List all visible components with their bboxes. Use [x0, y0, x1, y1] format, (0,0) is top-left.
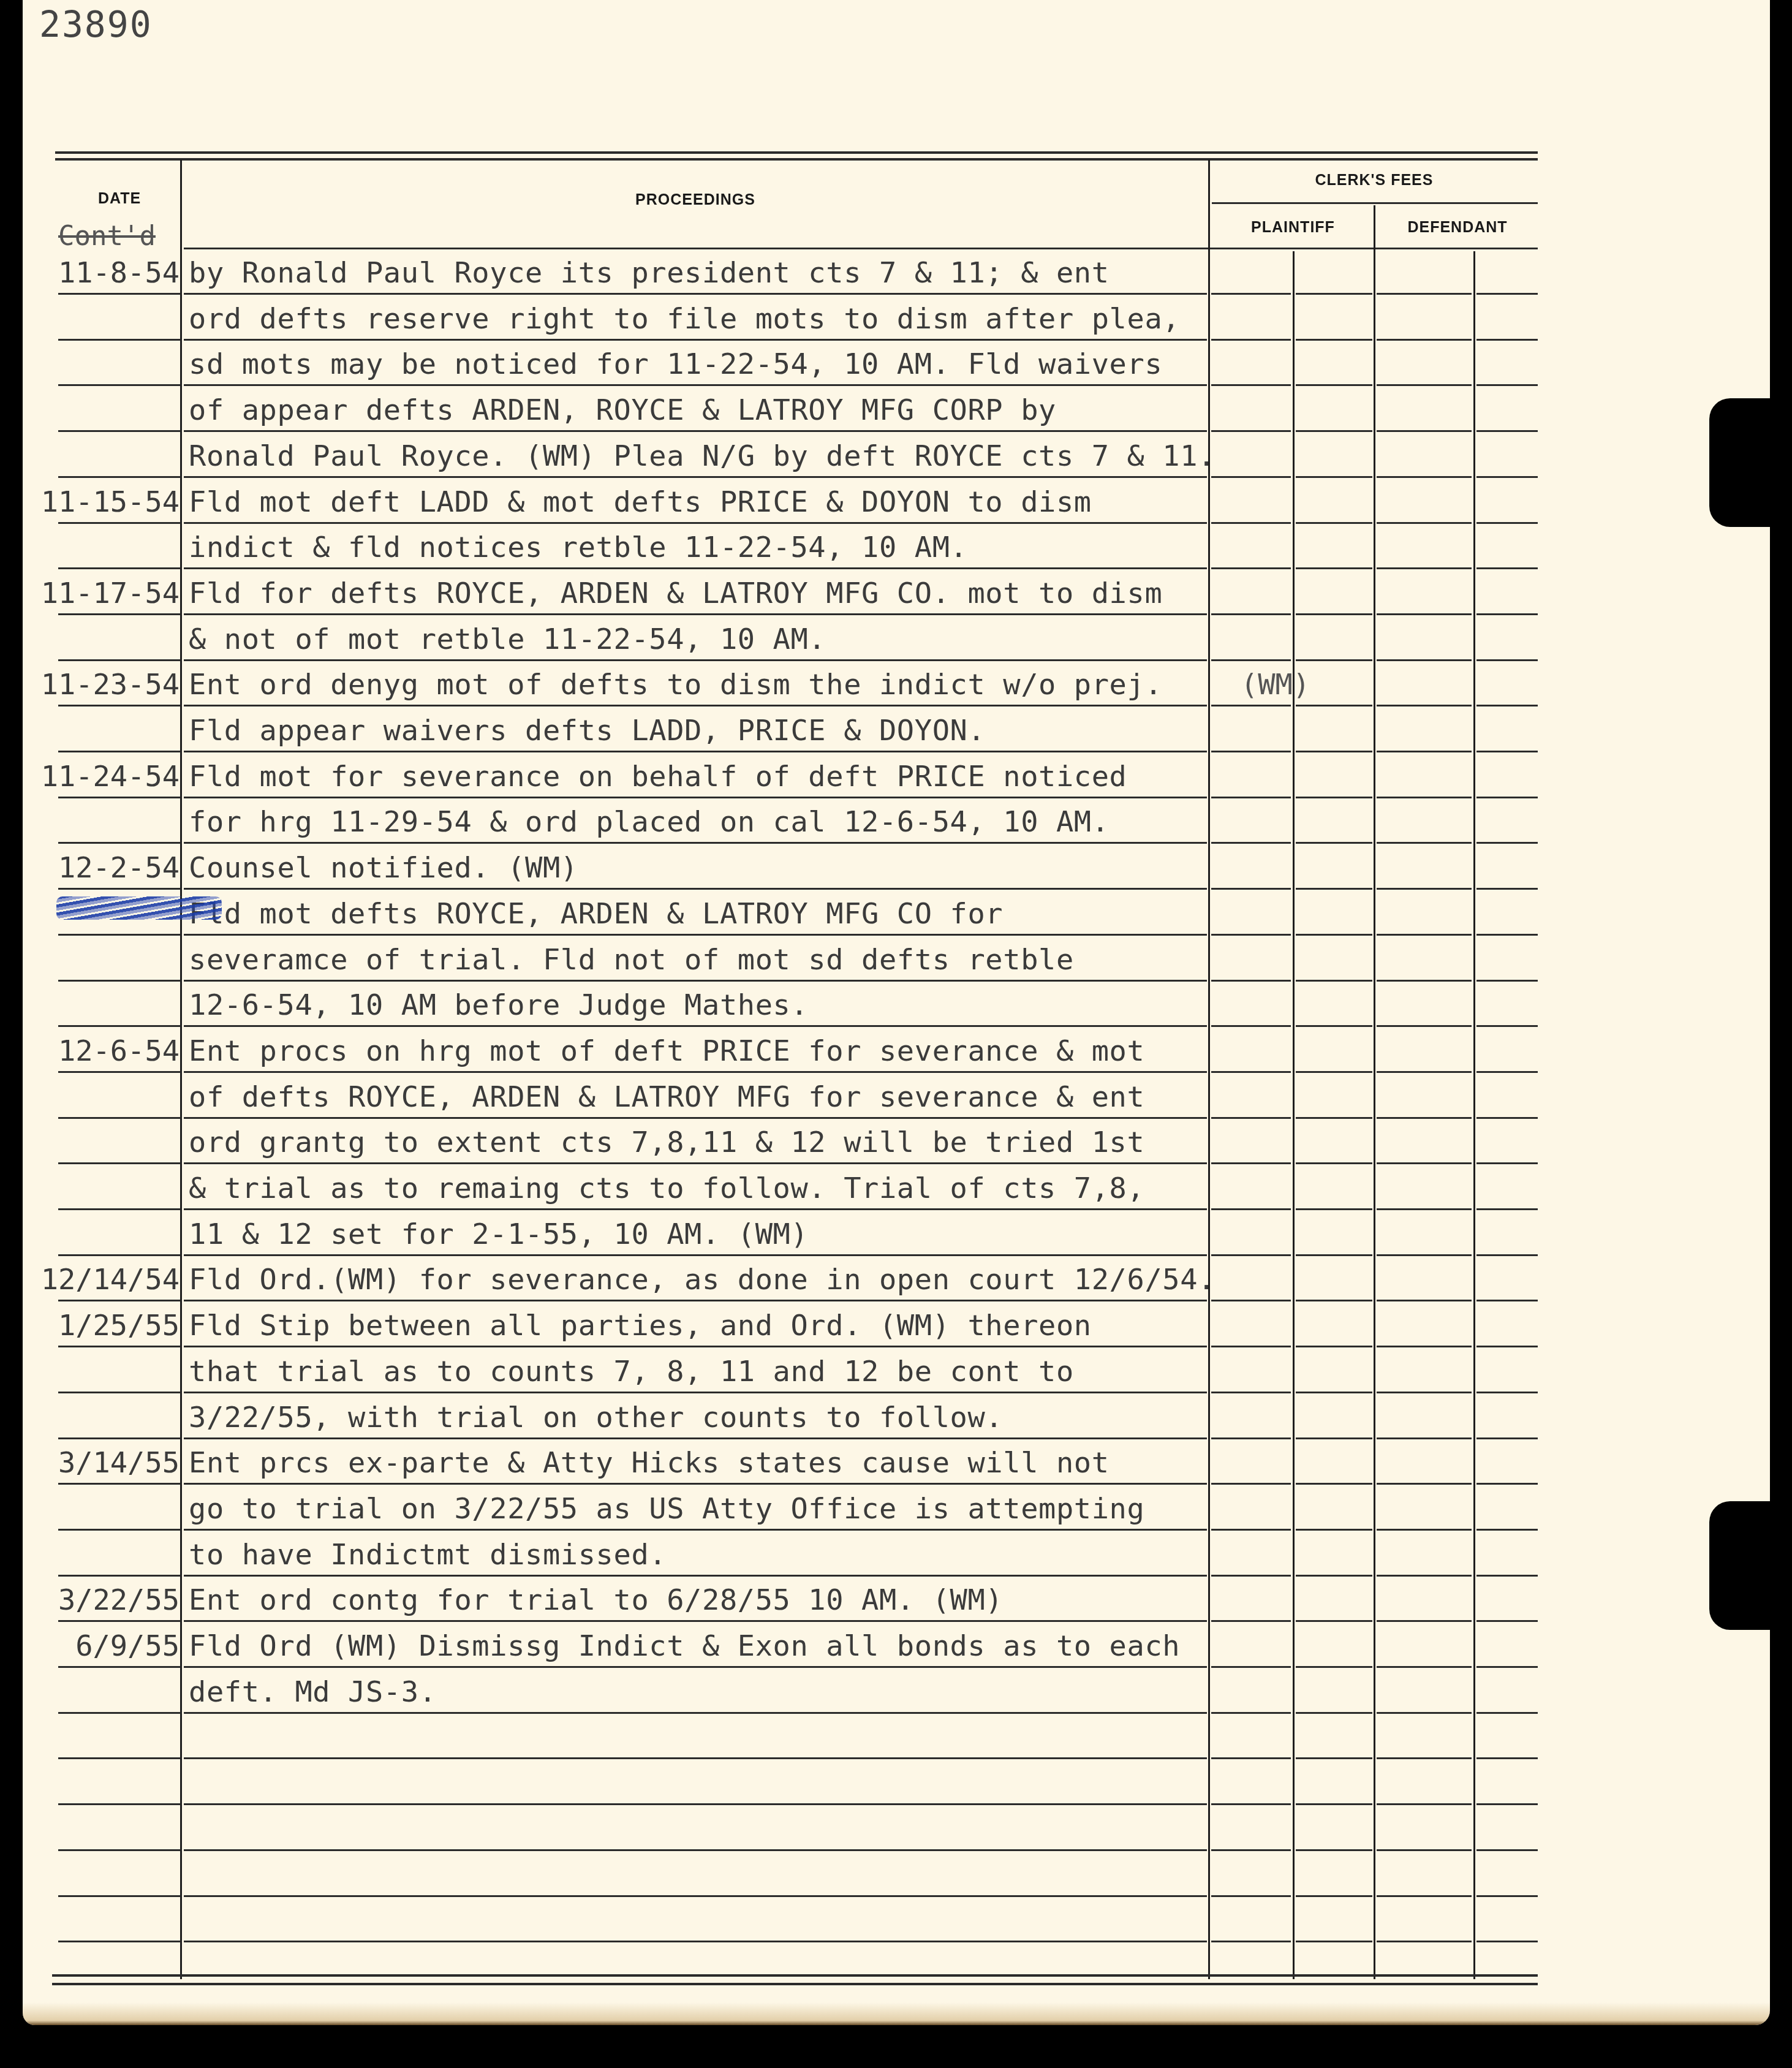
ruled-line	[1211, 430, 1291, 432]
entry-proceeding-text: deft. Md JS-3.	[189, 1675, 1291, 1709]
ruled-line	[1377, 1483, 1472, 1485]
ruled-line	[1476, 522, 1538, 524]
ruled-line	[58, 1849, 181, 1851]
ruled-line	[1377, 1757, 1472, 1759]
ruled-line	[1476, 934, 1538, 936]
ruled-line	[1377, 430, 1472, 432]
ruled-line	[1377, 1208, 1472, 1210]
ruled-line	[184, 522, 1207, 524]
ruled-line	[58, 842, 181, 844]
ruled-line	[1296, 1529, 1372, 1531]
ruled-line	[1211, 613, 1291, 615]
entry-proceeding-text: 12-6-54, 10 AM before Judge Mathes.	[189, 988, 1291, 1022]
ruled-line	[1476, 567, 1538, 569]
entry-proceeding-text: 3/22/55, with trial on other counts to f…	[189, 1401, 1291, 1434]
ruled-line	[1476, 980, 1538, 982]
ruled-line	[1377, 1803, 1472, 1805]
ruled-line	[1377, 476, 1472, 478]
ruled-line	[1296, 1025, 1372, 1027]
ruled-line	[58, 1575, 181, 1577]
ruled-line	[58, 567, 181, 569]
crossed-out-date-stamp	[56, 896, 222, 920]
ruled-line	[184, 567, 1207, 569]
ruled-line	[58, 1895, 181, 1897]
ruled-line	[1377, 1437, 1472, 1439]
entry-date: 11-15-54	[28, 485, 180, 519]
ruled-line	[1476, 1620, 1538, 1622]
ruled-line	[58, 339, 181, 341]
ruled-line	[1211, 1254, 1291, 1256]
entry-proceeding-text: that trial as to counts 7, 8, 11 and 12 …	[189, 1355, 1291, 1388]
ruled-line	[58, 934, 181, 936]
ruled-line	[58, 1803, 181, 1805]
ruled-line	[58, 751, 181, 752]
ruled-line	[1296, 888, 1372, 890]
ruled-line	[1296, 1941, 1372, 1942]
ruled-line	[184, 842, 1207, 844]
ruled-line	[1211, 1392, 1291, 1393]
ruled-line	[1377, 567, 1472, 569]
header-date: DATE	[61, 190, 178, 208]
ruled-line	[1476, 705, 1538, 706]
ruled-line	[1296, 1666, 1372, 1668]
ruled-line	[1211, 1346, 1291, 1347]
ruled-line	[184, 430, 1207, 432]
entry-date: 11-17-54	[28, 577, 180, 610]
header-proceedings: PROCEEDINGS	[184, 191, 1207, 209]
ruled-line	[1296, 1483, 1372, 1485]
entry-proceeding-text: go to trial on 3/22/55 as US Atty Office…	[189, 1492, 1291, 1526]
ruled-line	[1377, 1300, 1472, 1301]
entry-date: 6/9/55	[28, 1629, 180, 1663]
ruled-line	[1296, 1208, 1372, 1210]
ruled-line	[1377, 1620, 1472, 1622]
ruled-line	[1211, 1071, 1291, 1073]
ruled-line	[58, 797, 181, 798]
ruled-line	[1476, 888, 1538, 890]
ruled-line	[1377, 1712, 1472, 1714]
ruled-line	[184, 705, 1207, 706]
ruled-line	[1211, 1300, 1291, 1301]
ruled-line	[1296, 1620, 1372, 1622]
ruled-line	[1377, 1117, 1472, 1119]
ruled-line	[1296, 659, 1372, 661]
entry-proceeding-text: Fld mot deft LADD & mot defts PRICE & DO…	[189, 485, 1291, 519]
ruled-line	[184, 1254, 1207, 1256]
ruled-line	[1476, 1575, 1538, 1577]
ruled-line	[1296, 1437, 1372, 1439]
ruled-line	[1296, 293, 1372, 295]
ruled-line	[1296, 1117, 1372, 1119]
ruled-line	[184, 1803, 1207, 1805]
ruled-line	[1476, 430, 1538, 432]
ruled-line	[1296, 751, 1372, 752]
top-double-rule	[55, 158, 1538, 161]
ruled-line	[1296, 476, 1372, 478]
ruled-line	[1211, 980, 1291, 982]
ruled-line	[1377, 1941, 1472, 1942]
ruled-line	[184, 384, 1207, 386]
ruled-line	[1211, 1529, 1291, 1531]
ruled-line	[1476, 1803, 1538, 1805]
ruled-line	[1476, 476, 1538, 478]
ruled-line	[1296, 1392, 1372, 1393]
ruled-line	[184, 1025, 1207, 1027]
ruled-line	[58, 1254, 181, 1256]
ruled-line	[1476, 384, 1538, 386]
ruled-line	[1296, 1575, 1372, 1577]
ruled-line	[1476, 1392, 1538, 1393]
ruled-line	[184, 476, 1207, 478]
ruled-line	[58, 1941, 181, 1942]
ruled-line	[1476, 613, 1538, 615]
entry-proceeding-text: Ent procs on hrg mot of deft PRICE for s…	[189, 1034, 1291, 1068]
entry-proceeding-text: Ent prcs ex-parte & Atty Hicks states ca…	[189, 1446, 1291, 1480]
ruled-line	[1211, 1849, 1291, 1851]
ruled-line	[184, 1529, 1207, 1531]
card-index-tab-notch	[1709, 398, 1792, 527]
ruled-line	[1476, 1437, 1538, 1439]
ruled-line	[1377, 1895, 1472, 1897]
ruled-line	[1296, 384, 1372, 386]
ruled-line	[1476, 1849, 1538, 1851]
ruled-line	[1296, 613, 1372, 615]
entry-date: 11-23-54	[28, 668, 180, 702]
entry-proceeding-text: of appear defts ARDEN, ROYCE & LATROY MF…	[189, 393, 1291, 427]
ruled-line	[1377, 384, 1472, 386]
ruled-line	[1377, 888, 1472, 890]
ruled-line	[58, 1529, 181, 1531]
ruled-line	[1211, 522, 1291, 524]
ruled-line	[58, 613, 181, 615]
ruled-line	[1211, 1162, 1291, 1164]
ruled-line	[1296, 1849, 1372, 1851]
ruled-line	[1476, 293, 1538, 295]
ruled-line	[1377, 1529, 1472, 1531]
ruled-line	[1476, 1895, 1538, 1897]
ruled-line	[184, 1620, 1207, 1622]
ruled-line	[1377, 293, 1472, 295]
ruled-line	[1211, 1437, 1291, 1439]
ruled-line	[1211, 384, 1291, 386]
entry-proceeding-text: & trial as to remaing cts to follow. Tri…	[189, 1172, 1291, 1205]
entry-proceeding-text: & not of mot retble 11-22-54, 10 AM.	[189, 623, 1291, 656]
ruled-line	[1211, 1620, 1291, 1622]
ruled-line	[1296, 842, 1372, 844]
card-index-tab-notch	[1709, 1501, 1792, 1630]
bottom-double-rule	[52, 1983, 1538, 1985]
entry-proceeding-text: for hrg 11-29-54 & ord placed on cal 12-…	[189, 805, 1291, 839]
ruled-line	[1296, 1757, 1372, 1759]
ruled-line	[1476, 1483, 1538, 1485]
ruled-line	[1211, 1712, 1291, 1714]
ruled-line	[184, 1575, 1207, 1577]
entry-proceeding-text: Fld Ord (WM) Dismissg Indict & Exon all …	[189, 1629, 1291, 1663]
ruled-line	[184, 1895, 1207, 1897]
ruled-line	[1296, 430, 1372, 432]
entry-proceeding-text: severamce of trial. Fld not of mot sd de…	[189, 943, 1291, 977]
entry-proceeding-text: Ronald Paul Royce. (WM) Plea N/G by deft…	[189, 439, 1291, 473]
ruled-line	[58, 1392, 181, 1393]
ruled-line	[1377, 934, 1472, 936]
ruled-line	[58, 888, 181, 890]
ruled-line	[58, 293, 181, 295]
ruled-line	[1211, 1803, 1291, 1805]
ruled-line	[1377, 1849, 1472, 1851]
ruled-line	[1211, 476, 1291, 478]
entry-date: 11-24-54	[28, 760, 180, 793]
ruled-line	[1211, 705, 1291, 706]
ruled-line	[1476, 1162, 1538, 1164]
ruled-line	[1476, 1757, 1538, 1759]
ruled-line	[1476, 751, 1538, 752]
ruled-line	[184, 980, 1207, 982]
ruled-line	[58, 1666, 181, 1668]
ruled-line	[1476, 1254, 1538, 1256]
ruled-line	[1296, 1895, 1372, 1897]
ruled-line	[1377, 339, 1472, 341]
date-column-divider	[180, 159, 182, 1979]
ruled-line	[58, 1117, 181, 1119]
ruled-line	[184, 1208, 1207, 1210]
ruled-line	[1377, 1666, 1472, 1668]
defendant-cents-divider	[1473, 251, 1475, 1979]
ruled-line	[58, 980, 181, 982]
ruled-line	[184, 659, 1207, 661]
clerks-fees-rule	[1212, 202, 1538, 204]
ruled-line	[1211, 567, 1291, 569]
ruled-line	[1476, 1300, 1538, 1301]
ruled-line	[1296, 980, 1372, 982]
ruled-line	[184, 888, 1207, 890]
ruled-line	[58, 430, 181, 432]
ruled-line	[1211, 797, 1291, 798]
ruled-line	[1377, 980, 1472, 982]
case-number: 23890	[39, 4, 153, 45]
ruled-line	[1296, 522, 1372, 524]
ruled-line	[1377, 797, 1472, 798]
ruled-line	[184, 934, 1207, 936]
ruled-line	[58, 1346, 181, 1347]
ruled-line	[1211, 1025, 1291, 1027]
ruled-line	[1296, 1300, 1372, 1301]
ruled-line	[1296, 1071, 1372, 1073]
ruled-line	[1476, 1529, 1538, 1531]
ruled-line	[1211, 934, 1291, 936]
ruled-line	[58, 1483, 181, 1485]
ruled-line	[1211, 339, 1291, 341]
ruled-line	[1377, 1346, 1472, 1347]
entry-proceeding-text: Fld Ord.(WM) for severance, as done in o…	[189, 1263, 1291, 1297]
header-bottom-rule	[184, 248, 1538, 249]
ruled-line	[1211, 1757, 1291, 1759]
ruled-line	[1476, 1071, 1538, 1073]
entry-date: 1/25/55	[28, 1309, 180, 1343]
ruled-line	[184, 1071, 1207, 1073]
ruled-line	[1296, 934, 1372, 936]
entry-proceeding-text: Counsel notified. (WM)	[189, 851, 1291, 885]
ruled-line	[58, 1300, 181, 1301]
top-double-rule	[55, 151, 1538, 154]
bottom-double-rule	[52, 1974, 1538, 1977]
ruled-line	[1211, 1117, 1291, 1119]
ruled-line	[58, 476, 181, 478]
ruled-line	[184, 1849, 1207, 1851]
header-defendant: DEFENDANT	[1377, 219, 1538, 237]
entry-proceeding-text: ord defts reserve right to file mots to …	[189, 302, 1291, 336]
ruled-line	[58, 1162, 181, 1164]
entry-proceeding-text: Fld mot for severance on behalf of deft …	[189, 760, 1291, 793]
ruled-line	[1211, 842, 1291, 844]
ruled-line	[184, 1392, 1207, 1393]
entry-date: 12-2-54	[28, 851, 180, 885]
ruled-line	[58, 1025, 181, 1027]
ruled-line	[58, 1071, 181, 1073]
ruled-line	[184, 1117, 1207, 1119]
ruled-line	[1377, 1254, 1472, 1256]
ruled-line	[1476, 1025, 1538, 1027]
ruled-line	[184, 797, 1207, 798]
card-edge-wear	[23, 2002, 1770, 2025]
ruled-line	[1296, 1346, 1372, 1347]
ruled-line	[1211, 1483, 1291, 1485]
ruled-line	[1476, 1117, 1538, 1119]
ruled-line	[184, 1300, 1207, 1301]
ruled-line	[1296, 705, 1372, 706]
entry-date: 3/22/55	[28, 1583, 180, 1617]
entry-proceeding-text: sd mots may be noticed for 11-22-54, 10 …	[189, 347, 1291, 381]
ruled-line	[1476, 842, 1538, 844]
ruled-line	[1377, 842, 1472, 844]
entry-proceeding-text: Ent ord contg for trial to 6/28/55 10 AM…	[189, 1583, 1291, 1617]
entry-plaintiff-fee: (WM)	[1241, 668, 1314, 702]
ruled-line	[1377, 751, 1472, 752]
ruled-line	[58, 1757, 181, 1759]
ruled-line	[1476, 1346, 1538, 1347]
ruled-line	[1476, 339, 1538, 341]
ruled-line	[1211, 1895, 1291, 1897]
ruled-line	[1476, 659, 1538, 661]
header-clerks-fees: CLERK'S FEES	[1212, 172, 1537, 189]
entry-date: 12-6-54	[28, 1034, 180, 1068]
ruled-line	[184, 1346, 1207, 1347]
ruled-line	[58, 1712, 181, 1714]
ruled-line	[1296, 797, 1372, 798]
ruled-line	[58, 522, 181, 524]
ruled-line	[1211, 751, 1291, 752]
ruled-line	[1476, 1941, 1538, 1942]
ruled-line	[58, 1437, 181, 1439]
ruled-line	[1476, 1208, 1538, 1210]
ruled-line	[1377, 1392, 1472, 1393]
entry-proceeding-text: Fld for defts ROYCE, ARDEN & LATROY MFG …	[189, 577, 1291, 610]
ruled-line	[1377, 522, 1472, 524]
ruled-line	[1211, 659, 1291, 661]
ruled-line	[1211, 888, 1291, 890]
ruled-line	[184, 613, 1207, 615]
ruled-line	[1211, 1941, 1291, 1942]
plaintiff-cents-divider	[1293, 251, 1295, 1979]
ruled-line	[184, 1712, 1207, 1714]
ruled-line	[1476, 797, 1538, 798]
ruled-line	[58, 1208, 181, 1210]
ruled-line	[58, 384, 181, 386]
ruled-line	[1476, 1666, 1538, 1668]
ruled-line	[184, 1941, 1207, 1942]
ruled-line	[1377, 659, 1472, 661]
ruled-line	[184, 1483, 1207, 1485]
ruled-line	[1377, 1071, 1472, 1073]
ruled-line	[1296, 1254, 1372, 1256]
ruled-line	[1377, 1162, 1472, 1164]
entry-proceeding-text: Ent ord denyg mot of defts to dism the i…	[189, 668, 1291, 702]
ruled-line	[1296, 339, 1372, 341]
ruled-line	[1211, 1575, 1291, 1577]
ruled-line	[1296, 1162, 1372, 1164]
ruled-line	[58, 659, 181, 661]
entry-proceeding-text: to have Indictmt dismissed.	[189, 1538, 1291, 1572]
entry-date: 3/14/55	[28, 1446, 180, 1480]
entry-proceeding-text: Fld mot defts ROYCE, ARDEN & LATROY MFG …	[189, 897, 1291, 931]
ruled-line	[1211, 1666, 1291, 1668]
entry-proceeding-text: by Ronald Paul Royce its president cts 7…	[189, 256, 1291, 290]
ruled-line	[1377, 705, 1472, 706]
ruled-line	[1377, 1025, 1472, 1027]
header-plaintiff: PLAINTIFF	[1212, 219, 1374, 237]
entry-proceeding-text: ord grantg to extent cts 7,8,11 & 12 wil…	[189, 1126, 1291, 1159]
ruled-line	[1211, 293, 1291, 295]
ruled-line	[184, 1162, 1207, 1164]
ruled-line	[184, 1666, 1207, 1668]
entry-proceeding-text: 11 & 12 set for 2-1-55, 10 AM. (WM)	[189, 1218, 1291, 1251]
plaintiff-defendant-divider	[1374, 205, 1375, 1979]
entry-proceeding-text: indict & fld notices retble 11-22-54, 10…	[189, 531, 1291, 564]
ruled-line	[184, 751, 1207, 752]
ruled-line	[1377, 613, 1472, 615]
entry-date: 12/14/54	[28, 1263, 180, 1297]
ruled-line	[58, 1620, 181, 1622]
ruled-line	[1296, 1712, 1372, 1714]
ruled-line	[1377, 1575, 1472, 1577]
ruled-line	[1296, 1803, 1372, 1805]
ruled-line	[184, 293, 1207, 295]
ruled-line	[184, 339, 1207, 341]
ruled-line	[1296, 567, 1372, 569]
ruled-line	[184, 1757, 1207, 1759]
ruled-line	[1211, 1208, 1291, 1210]
ruled-line	[1476, 1712, 1538, 1714]
entry-date: 11-8-54	[28, 256, 180, 290]
entry-proceeding-text: Fld Stip between all parties, and Ord. (…	[189, 1309, 1291, 1343]
contd-label: Cont'd	[58, 221, 156, 252]
ruled-line	[184, 1437, 1207, 1439]
ruled-line	[58, 705, 181, 706]
entry-proceeding-text: of defts ROYCE, ARDEN & LATROY MFG for s…	[189, 1080, 1291, 1114]
entry-proceeding-text: Fld appear waivers defts LADD, PRICE & D…	[189, 714, 1291, 748]
